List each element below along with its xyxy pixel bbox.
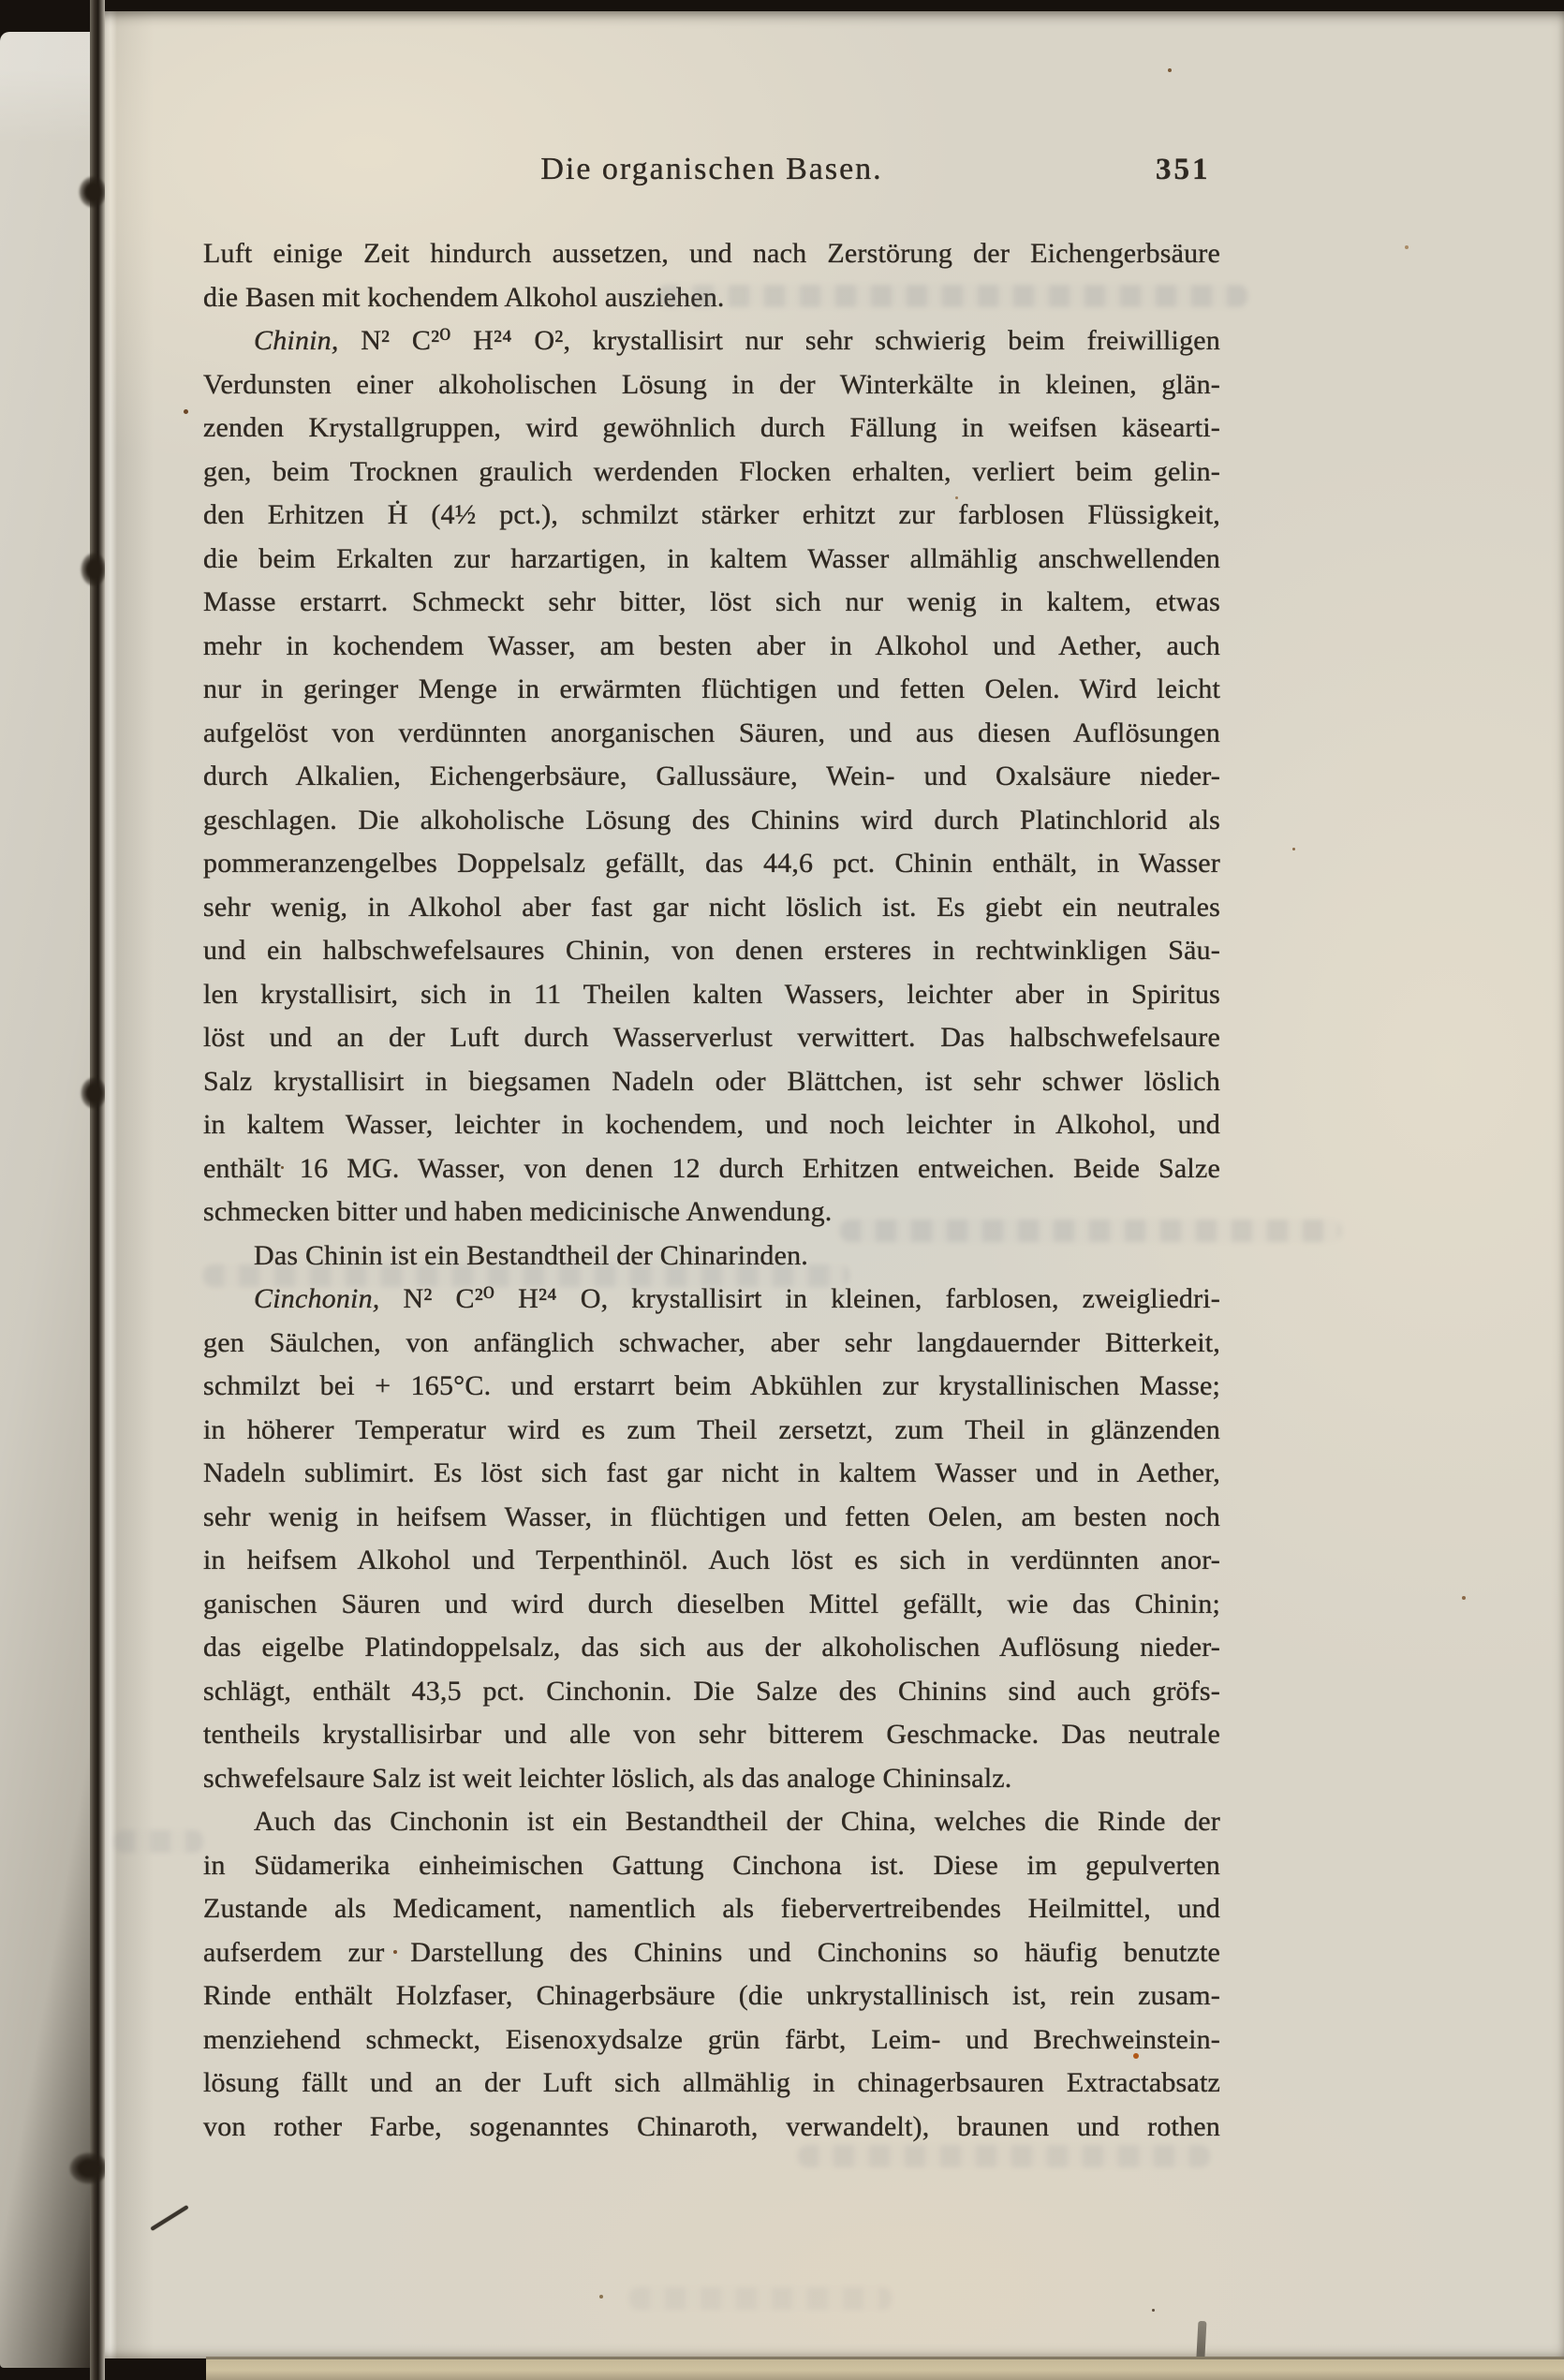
- facing-page-edge: [0, 32, 90, 2368]
- text-line: Masse erstarrt. Schmeckt sehr bitter, lö…: [203, 581, 1220, 625]
- text-line: den Erhitzen Ḣ (4½ pct.), schmilzt stärk…: [203, 494, 1220, 538]
- text-line: Chinin, N² C²⁰ H²⁴ O², krystallisirt nur…: [203, 319, 1220, 363]
- text-line: enthält 16 MG. Wasser, von denen 12 durc…: [203, 1147, 1220, 1191]
- paper-speck: [1292, 848, 1295, 850]
- text-line: Salz krystallisirt in biegsamen Nadeln o…: [203, 1060, 1220, 1104]
- ink-showthrough: [203, 1264, 849, 1287]
- paper-speck: [1152, 2309, 1155, 2312]
- text-line: Verdunsten einer alkoholischen Lösung in…: [203, 363, 1220, 407]
- paper-speck: [599, 2295, 603, 2299]
- text-line: Auch das Cinchonin ist ein Bestandtheil …: [203, 1800, 1220, 1844]
- text-line: schwefelsaure Salz ist weit leichter lös…: [203, 1757, 1220, 1801]
- ink-showthrough: [657, 285, 1247, 307]
- text-line: das eigelbe Platindoppelsalz, das sich a…: [203, 1626, 1220, 1670]
- text-line: schmilzt bei + 165°C. und erstarrt beim …: [203, 1365, 1220, 1409]
- paper-speck: [1462, 1596, 1466, 1600]
- binding-stitch-icon: [81, 553, 107, 586]
- binding-stitch-icon: [79, 176, 107, 208]
- text-line: Zustande als Medicament, namentlich als …: [203, 1887, 1220, 1931]
- text-line: von rother Farbe, sogenanntes Chinaroth,…: [203, 2106, 1220, 2150]
- text-line: len krystallisirt, sich in 11 Theilen ka…: [203, 973, 1220, 1017]
- text-line: aufserdem zur Darstellung des Chinins un…: [203, 1931, 1220, 1975]
- page-number: 351: [1156, 153, 1211, 187]
- binding-stitch-icon: [81, 1077, 107, 1109]
- paper-speck: [712, 1826, 715, 1829]
- text-line: die beim Erkalten zur harzartigen, in ka…: [203, 538, 1220, 582]
- text-line: und ein halbschwefelsaures Chinin, von d…: [203, 929, 1220, 973]
- book-gutter-crease: [90, 0, 105, 2380]
- text-line: menziehend schmeckt, Eisenoxydsalze grün…: [203, 2018, 1220, 2062]
- text-line: ganischen Säuren und wird durch dieselbe…: [203, 1583, 1220, 1627]
- text-line: lösung fällt und an der Luft sich allmäh…: [203, 2062, 1220, 2106]
- paper-speck: [955, 496, 958, 499]
- text-line: gen Säulchen, von anfänglich schwacher, …: [203, 1322, 1220, 1366]
- page-title: Die organischen Basen.: [540, 152, 882, 186]
- ink-showthrough: [840, 1220, 1341, 1242]
- paper-speck: [1133, 2053, 1139, 2059]
- text-line: zenden Krystallgruppen, wird gewöhnlich …: [203, 407, 1220, 451]
- ink-showthrough: [798, 2145, 1210, 2167]
- ink-showthrough: [629, 2287, 892, 2310]
- text-line: Nadeln sublimirt. Es löst sich fast gar …: [203, 1452, 1220, 1496]
- text-line: gen, beim Trocknen graulich werdenden Fl…: [203, 451, 1220, 495]
- text-line: in heifsem Alkohol und Terpenthinöl. Auc…: [203, 1539, 1220, 1583]
- text-line: durch Alkalien, Eichengerbsäure, Galluss…: [203, 755, 1220, 799]
- paper-speck: [184, 409, 188, 414]
- text-line: tentheils krystallisirbar und alle von s…: [203, 1713, 1220, 1757]
- book-page: Die organischen Basen. 351 Luft einige Z…: [105, 11, 1564, 2358]
- paper-speck: [1405, 245, 1409, 249]
- paper-speck: [393, 1950, 397, 1954]
- text-line: sehr wenig in heifsem Wasser, in flüchti…: [203, 1496, 1220, 1540]
- text-line: aufgelöst von verdünnten anorganischen S…: [203, 712, 1220, 756]
- ink-showthrough: [114, 1830, 203, 1853]
- text-line: nur in geringer Menge in erwärmten flüch…: [203, 668, 1220, 712]
- text-line: Luft einige Zeit hindurch aussetzen, und…: [203, 232, 1220, 276]
- paper-speck: [281, 1166, 284, 1169]
- text-line: löst und an der Luft durch Wasserverlust…: [203, 1016, 1220, 1060]
- body-text: Luft einige Zeit hindurch aussetzen, und…: [203, 232, 1220, 2149]
- text-line: Rinde enthält Holzfaser, Chinagerbsäure …: [203, 1974, 1220, 2018]
- running-header: Die organischen Basen.: [203, 152, 1220, 187]
- text-line: mehr in kochendem Wasser, am besten aber…: [203, 625, 1220, 669]
- text-line: sehr wenig, in Alkohol aber fast gar nic…: [203, 886, 1220, 930]
- page-bottom-edge: [206, 2357, 1564, 2380]
- binding-stitch-icon: [69, 2152, 109, 2184]
- text-line: in kaltem Wasser, leichter in kochendem,…: [203, 1103, 1220, 1147]
- scanned-book-page: Die organischen Basen. 351 Luft einige Z…: [0, 0, 1564, 2380]
- paper-speck: [1168, 68, 1172, 72]
- text-line: in Südamerika einheimischen Gattung Cinc…: [203, 1844, 1220, 1888]
- text-line: geschlagen. Die alkoholische Lösung des …: [203, 799, 1220, 843]
- text-line: pommeranzengelbes Doppelsalz gefällt, da…: [203, 842, 1220, 886]
- text-line: in höherer Temperatur wird es zum Theil …: [203, 1409, 1220, 1453]
- text-line: schlägt, enthält 43,5 pct. Cinchonin. Di…: [203, 1670, 1220, 1714]
